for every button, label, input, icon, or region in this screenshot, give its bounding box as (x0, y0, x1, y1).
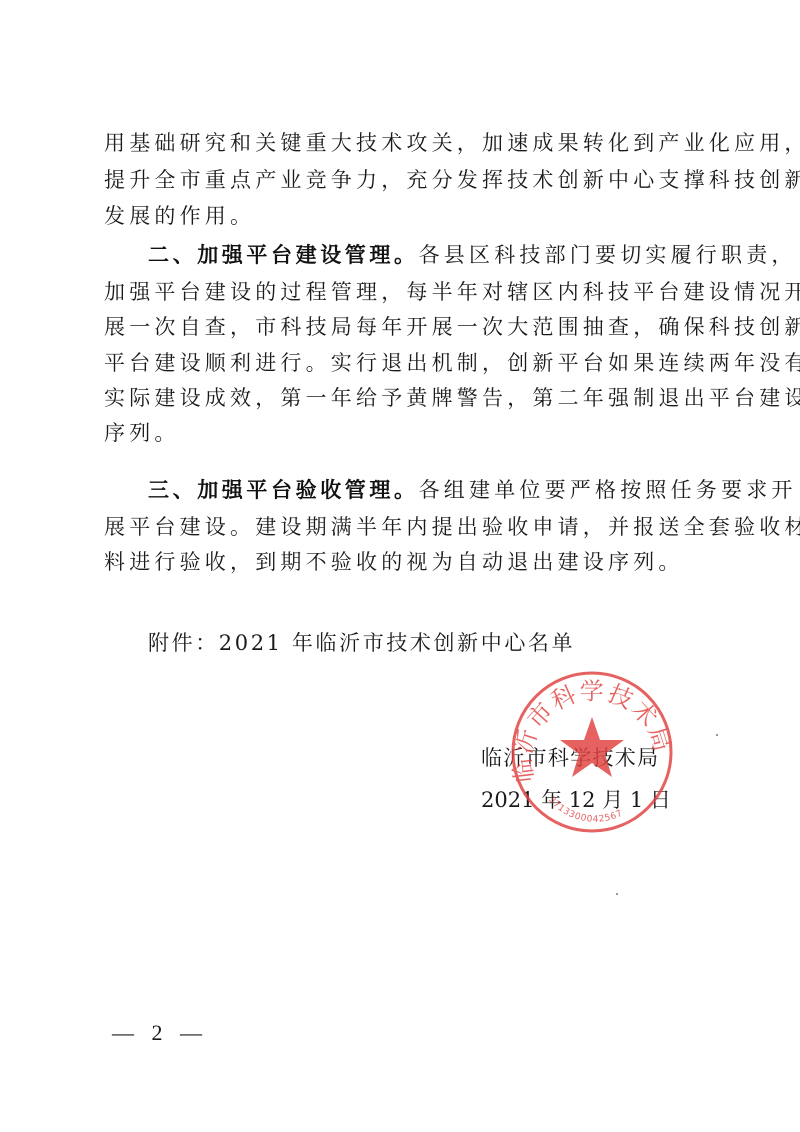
paragraph-line: 平台建设顺利进行。实行退出机制，创新平台如果连续两年没有 (104, 350, 800, 376)
scan-speck (616, 893, 618, 895)
attachment-line: 附件：2021 年临沂市技术创新中心名单 (148, 630, 575, 656)
paragraph-line: 提升全市重点产业竞争力，充分发挥技术创新中心支撑科技创新 (104, 167, 800, 193)
section-2-heading: 二、加强平台建设管理。 (148, 243, 419, 267)
stamp-code: 3713300042567 (546, 795, 624, 825)
paragraph-line: 序列。 (104, 420, 180, 446)
paragraph-line: 料进行验收，到期不验收的视为自动退出建设序列。 (104, 549, 684, 575)
paragraph-line: 用基础研究和关键重大技术攻关，加速成果转化到产业化应用， (104, 130, 800, 156)
section-3-heading: 三、加强平台验收管理。 (148, 478, 419, 502)
page-number: — 2 — (112, 1020, 208, 1046)
paragraph-line: 展一次自查，市科技局每年开展一次大范围抽查，确保科技创新 (104, 314, 800, 340)
paragraph-line: 发展的作用。 (104, 203, 255, 229)
paragraph-line: 展平台建设。建设期满半年内提出验收申请，并报送全套验收材 (104, 514, 800, 540)
section-3-first-line: 三、加强平台验收管理。各组建单位要严格按照任务要求开 (148, 477, 797, 503)
section-2-first-line: 二、加强平台建设管理。各县区科技部门要切实履行职责， (148, 242, 797, 268)
paragraph-line: 实际建设成效，第一年给予黄牌警告，第二年强制退出平台建设 (104, 385, 800, 411)
star-icon (560, 717, 624, 777)
paragraph-line: 加强平台建设的过程管理，每半年对辖区内科技平台建设情况开 (104, 279, 800, 305)
section-3-first-line-text: 各组建单位要严格按照任务要求开 (419, 478, 797, 502)
document-page: 用基础研究和关键重大技术攻关，加速成果转化到产业化应用， 提升全市重点产业竞争力… (0, 0, 800, 1132)
official-seal-stamp: 临沂市科学技术局 3713300042567 (505, 665, 680, 840)
section-2-first-line-text: 各县区科技部门要切实履行职责， (419, 243, 797, 267)
scan-speck (716, 734, 718, 736)
